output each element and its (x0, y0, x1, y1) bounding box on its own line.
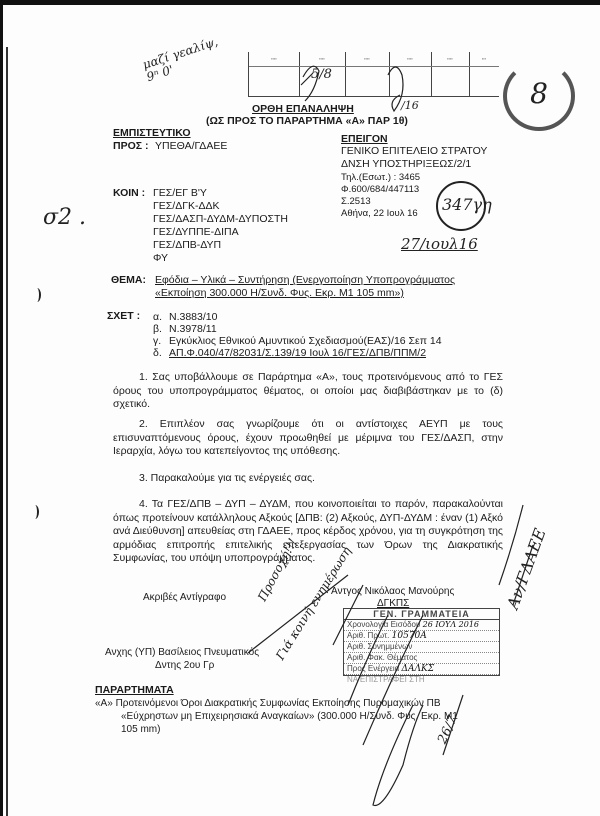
heading-annex-ref: (ΩΣ ΠΡΟΣ ΤΟ ΠΑΡΑΡΤΗΜΑ «Α» ΠΑΡ 1θ) (206, 115, 408, 128)
cc-item: ΦΥ (153, 252, 168, 265)
page-number-circle: 8 (503, 61, 575, 131)
cc-item: ΓΕΣ/ΔΠΒ-ΔΥΠ (153, 239, 221, 252)
annex-line-2: «Εύχρηστων μη Επιχειρησιακά Αναγκαίων» (… (121, 710, 458, 723)
copy-signer-title: Δντης 2ου Γρ (155, 659, 214, 672)
cc-item: ΓΕΣ/ΕΓ Β'Υ (153, 187, 207, 200)
scan-edge (6, 47, 8, 816)
sender-line: ΓΕΝΙΚΟ ΕΠΙΤΕΛΕΙΟ ΣΤΡΑΤΟΥ (341, 145, 487, 158)
to-value: ΥΠΕΘΑ/ΓΔΑΕΕ (155, 140, 227, 153)
handwritten-date: 27/ιουλ16 (401, 235, 478, 253)
classification: ΕΜΠΙΣΤΕΥΤΙΚΟ (113, 127, 191, 140)
annex-line-1: «Α» Προτεινόμενοι Όροι Διακρατικής Συμφω… (95, 697, 441, 710)
subject-label: ΘΕΜΑ: (111, 274, 146, 287)
page-number: 8 (507, 77, 571, 110)
margin-note: σ2 . (43, 205, 86, 230)
reference-marker: δ. (153, 347, 162, 360)
annex-line-3: 105 mm) (121, 723, 160, 736)
handwritten-top-note: μαζί γεαλίψ, 9ⁿ 0' (141, 32, 235, 85)
subject-line-1: Εφόδια – Υλικά – Συντήρηση (Ενεργοποίηση… (155, 274, 455, 287)
paragraph-4: 4. Τα ΓΕΣ/ΔΠΒ – ΔΥΠ – ΔΥΔΜ, που κοινοποι… (113, 498, 503, 566)
registry-stamp-title: ΓΕΝ. ΓΡΑΜΜΑΤΕΙΑ (344, 609, 499, 620)
sender-line: ΔΝΣΗ ΥΠΟΣΤΗΡΙΞΕΩΣ/2/1 (341, 158, 471, 171)
paragraph-3: 3. Παρακαλούμε για τις ενέργειές σας. (113, 472, 503, 486)
circled-number-stamp: 347γη (436, 181, 486, 231)
sender-date: Αθήνα, 22 Ιουλ 16 (341, 207, 418, 220)
punch-hole-mark (31, 505, 39, 519)
references-label: ΣΧΕΤ : (107, 310, 140, 323)
annexes-label: ΠΑΡΑΡΤΗΜΑΤΑ (95, 684, 174, 697)
stamp-initial-2: /16 (401, 99, 419, 112)
punch-hole-mark (33, 288, 41, 302)
paragraph-1: 1. Σας υποβάλλουμε σε Παράρτημα «Α», του… (113, 371, 503, 412)
cc-item: ΓΕΣ/ΔΑΣΠ-ΔΥΔΜ-ΔΥΠΟΣΤΗ (153, 213, 288, 226)
cc-item: ΓΕΣ/ΔΓΚ-ΔΔΚ (153, 200, 220, 213)
cc-item: ΓΕΣ/ΔΥΠΠΕ-ΔΙΠΑ (153, 226, 239, 239)
copy-signer-name: Ανχης (ΥΠ) Βασίλειος Πνευματικός (105, 646, 259, 659)
routing-stamp-table: ▪▪▪▪ ▪▪▪▪ ▪▪▪▪ ▪▪▪▪ ▪▪▪▪ ▪▪▪ (248, 52, 499, 97)
to-label: ΠΡΟΣ : (113, 140, 148, 153)
subject-line-2: «Εκποίηση 300.000 Η/Συνδ. Φυς. Εκρ. Μ1 1… (155, 287, 404, 300)
reference-item: ΑΠ.Φ.040/47/82031/Σ.139/19 Ιουλ 16/ΓΕΣ/Δ… (169, 347, 426, 360)
stamp-initial-1: 5/8 (311, 67, 332, 82)
registry-row: ΝΑ ΕΠΙΣΤΡΑΦΕΙ ΣΤΗ (344, 675, 499, 685)
certified-copy: Ακριβές Αντίγραφο (143, 591, 226, 604)
registry-row: Χρονολογία Εισόδου 26 ΙΟΥΛ 2016 (344, 620, 499, 631)
handwritten-annotation: Αν/ΓΔΑΕΕ (503, 526, 550, 612)
circled-number: 347γη (442, 195, 492, 214)
registry-row: Αριθ. Πρωτ. 10570Α (344, 631, 499, 642)
registry-row: Αριθ. Συνημμένων (344, 642, 499, 653)
registry-row: Αριθ. Φακ. Θέματος (344, 653, 499, 664)
cc-label: ΚΟΙΝ : (113, 187, 145, 200)
document-page: μαζί γεαλίψ, 9ⁿ 0' ▪▪▪▪ ▪▪▪▪ ▪▪▪▪ ▪▪▪▪ ▪… (3, 5, 600, 816)
registry-row: Προς Ενέργεια ΔΑΛΚΣ (344, 664, 499, 675)
registry-stamp: ΓΕΝ. ΓΡΑΜΜΑΤΕΙΑ Χρονολογία Εισόδου 26 ΙΟ… (343, 608, 500, 676)
paragraph-2: 2. Επιπλέον σας γνωρίζουμε ότι οι αντίστ… (113, 418, 503, 459)
